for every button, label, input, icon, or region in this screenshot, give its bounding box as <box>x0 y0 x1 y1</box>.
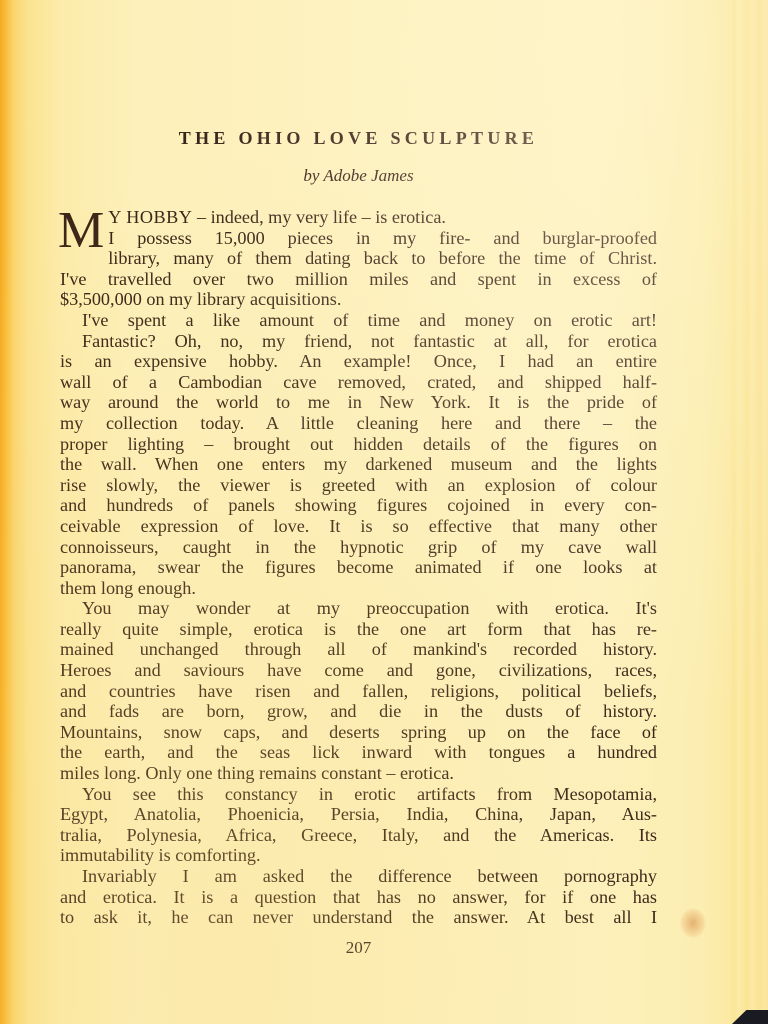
paper-stain <box>680 908 706 938</box>
text-line: library, many of them dating back to bef… <box>60 248 657 269</box>
text-lines: I possess 15,000 pieces in my fire- and … <box>60 228 657 928</box>
text-line: You see this constancy in erotic artifac… <box>60 784 657 805</box>
text-line: really quite simple, erotica is the one … <box>60 619 657 640</box>
text-line: mained unchanged through all of mankind'… <box>60 639 657 660</box>
text-line: and hundreds of panels showing figures c… <box>60 495 657 516</box>
text-line: panorama, swear the figures become anima… <box>60 557 657 578</box>
text-line: and fads are born, grow, and die in the … <box>60 701 657 722</box>
text-line: the earth, and the seas lick inward with… <box>60 742 657 763</box>
text-line: Heroes and saviours have come and gone, … <box>60 660 657 681</box>
text-line: Egypt, Anatolia, Phoenicia, Persia, Indi… <box>60 804 657 825</box>
text-line: Mountains, snow caps, and deserts spring… <box>60 722 657 743</box>
opening-line: Y HOBBY – indeed, my very life – is erot… <box>60 207 657 228</box>
text-line: rise slowly, the viewer is greeted with … <box>60 475 657 496</box>
text-line: them long enough. <box>60 578 657 599</box>
text-line: connoisseurs, caught in the hypnotic gri… <box>60 537 657 558</box>
drop-cap: M <box>58 210 104 250</box>
author-byline: by Adobe James <box>60 166 657 186</box>
text-line: miles long. Only one thing remains const… <box>60 763 657 784</box>
opening-rest: – indeed, my very life – is erotica. <box>192 207 446 227</box>
text-line: is an expensive hobby. An example! Once,… <box>60 351 657 372</box>
page-number: 207 <box>60 938 657 958</box>
text-line: immutability is comforting. <box>60 845 657 866</box>
text-line: I've travelled over two million miles an… <box>60 269 657 290</box>
page-edge-texture <box>730 0 768 1024</box>
text-line: Invariably I am asked the difference bet… <box>60 866 657 887</box>
text-line: the wall. When one enters my darkened mu… <box>60 454 657 475</box>
text-line: tralia, Polynesia, Africa, Greece, Italy… <box>60 825 657 846</box>
opening-small-caps: Y HOBBY <box>108 207 192 227</box>
text-line: and countries have risen and fallen, rel… <box>60 681 657 702</box>
text-line: wall of a Cambodian cave removed, crated… <box>60 372 657 393</box>
text-line: Fantastic? Oh, no, my friend, not fantas… <box>60 331 657 352</box>
text-line: I possess 15,000 pieces in my fire- and … <box>60 228 657 249</box>
text-line: and erotica. It is a question that has n… <box>60 887 657 908</box>
text-line: ceivable expression of love. It is so ef… <box>60 516 657 537</box>
text-line: way around the world to me in New York. … <box>60 392 657 413</box>
chapter-title: THE OHIO LOVE SCULPTURE <box>60 128 657 149</box>
book-page: THE OHIO LOVE SCULPTURE by Adobe James M… <box>0 0 768 1024</box>
text-line: You may wonder at my preoccupation with … <box>60 598 657 619</box>
text-line: $3,500,000 on my library acquisitions. <box>60 289 657 310</box>
text-line: to ask it, he can never understand the a… <box>60 907 657 928</box>
body-text: M Y HOBBY – indeed, my very life – is er… <box>60 207 657 928</box>
text-line: proper lighting – brought out hidden det… <box>60 434 657 455</box>
text-line: I've spent a like amount of time and mon… <box>60 310 657 331</box>
text-line: my collection today. A little cleaning h… <box>60 413 657 434</box>
